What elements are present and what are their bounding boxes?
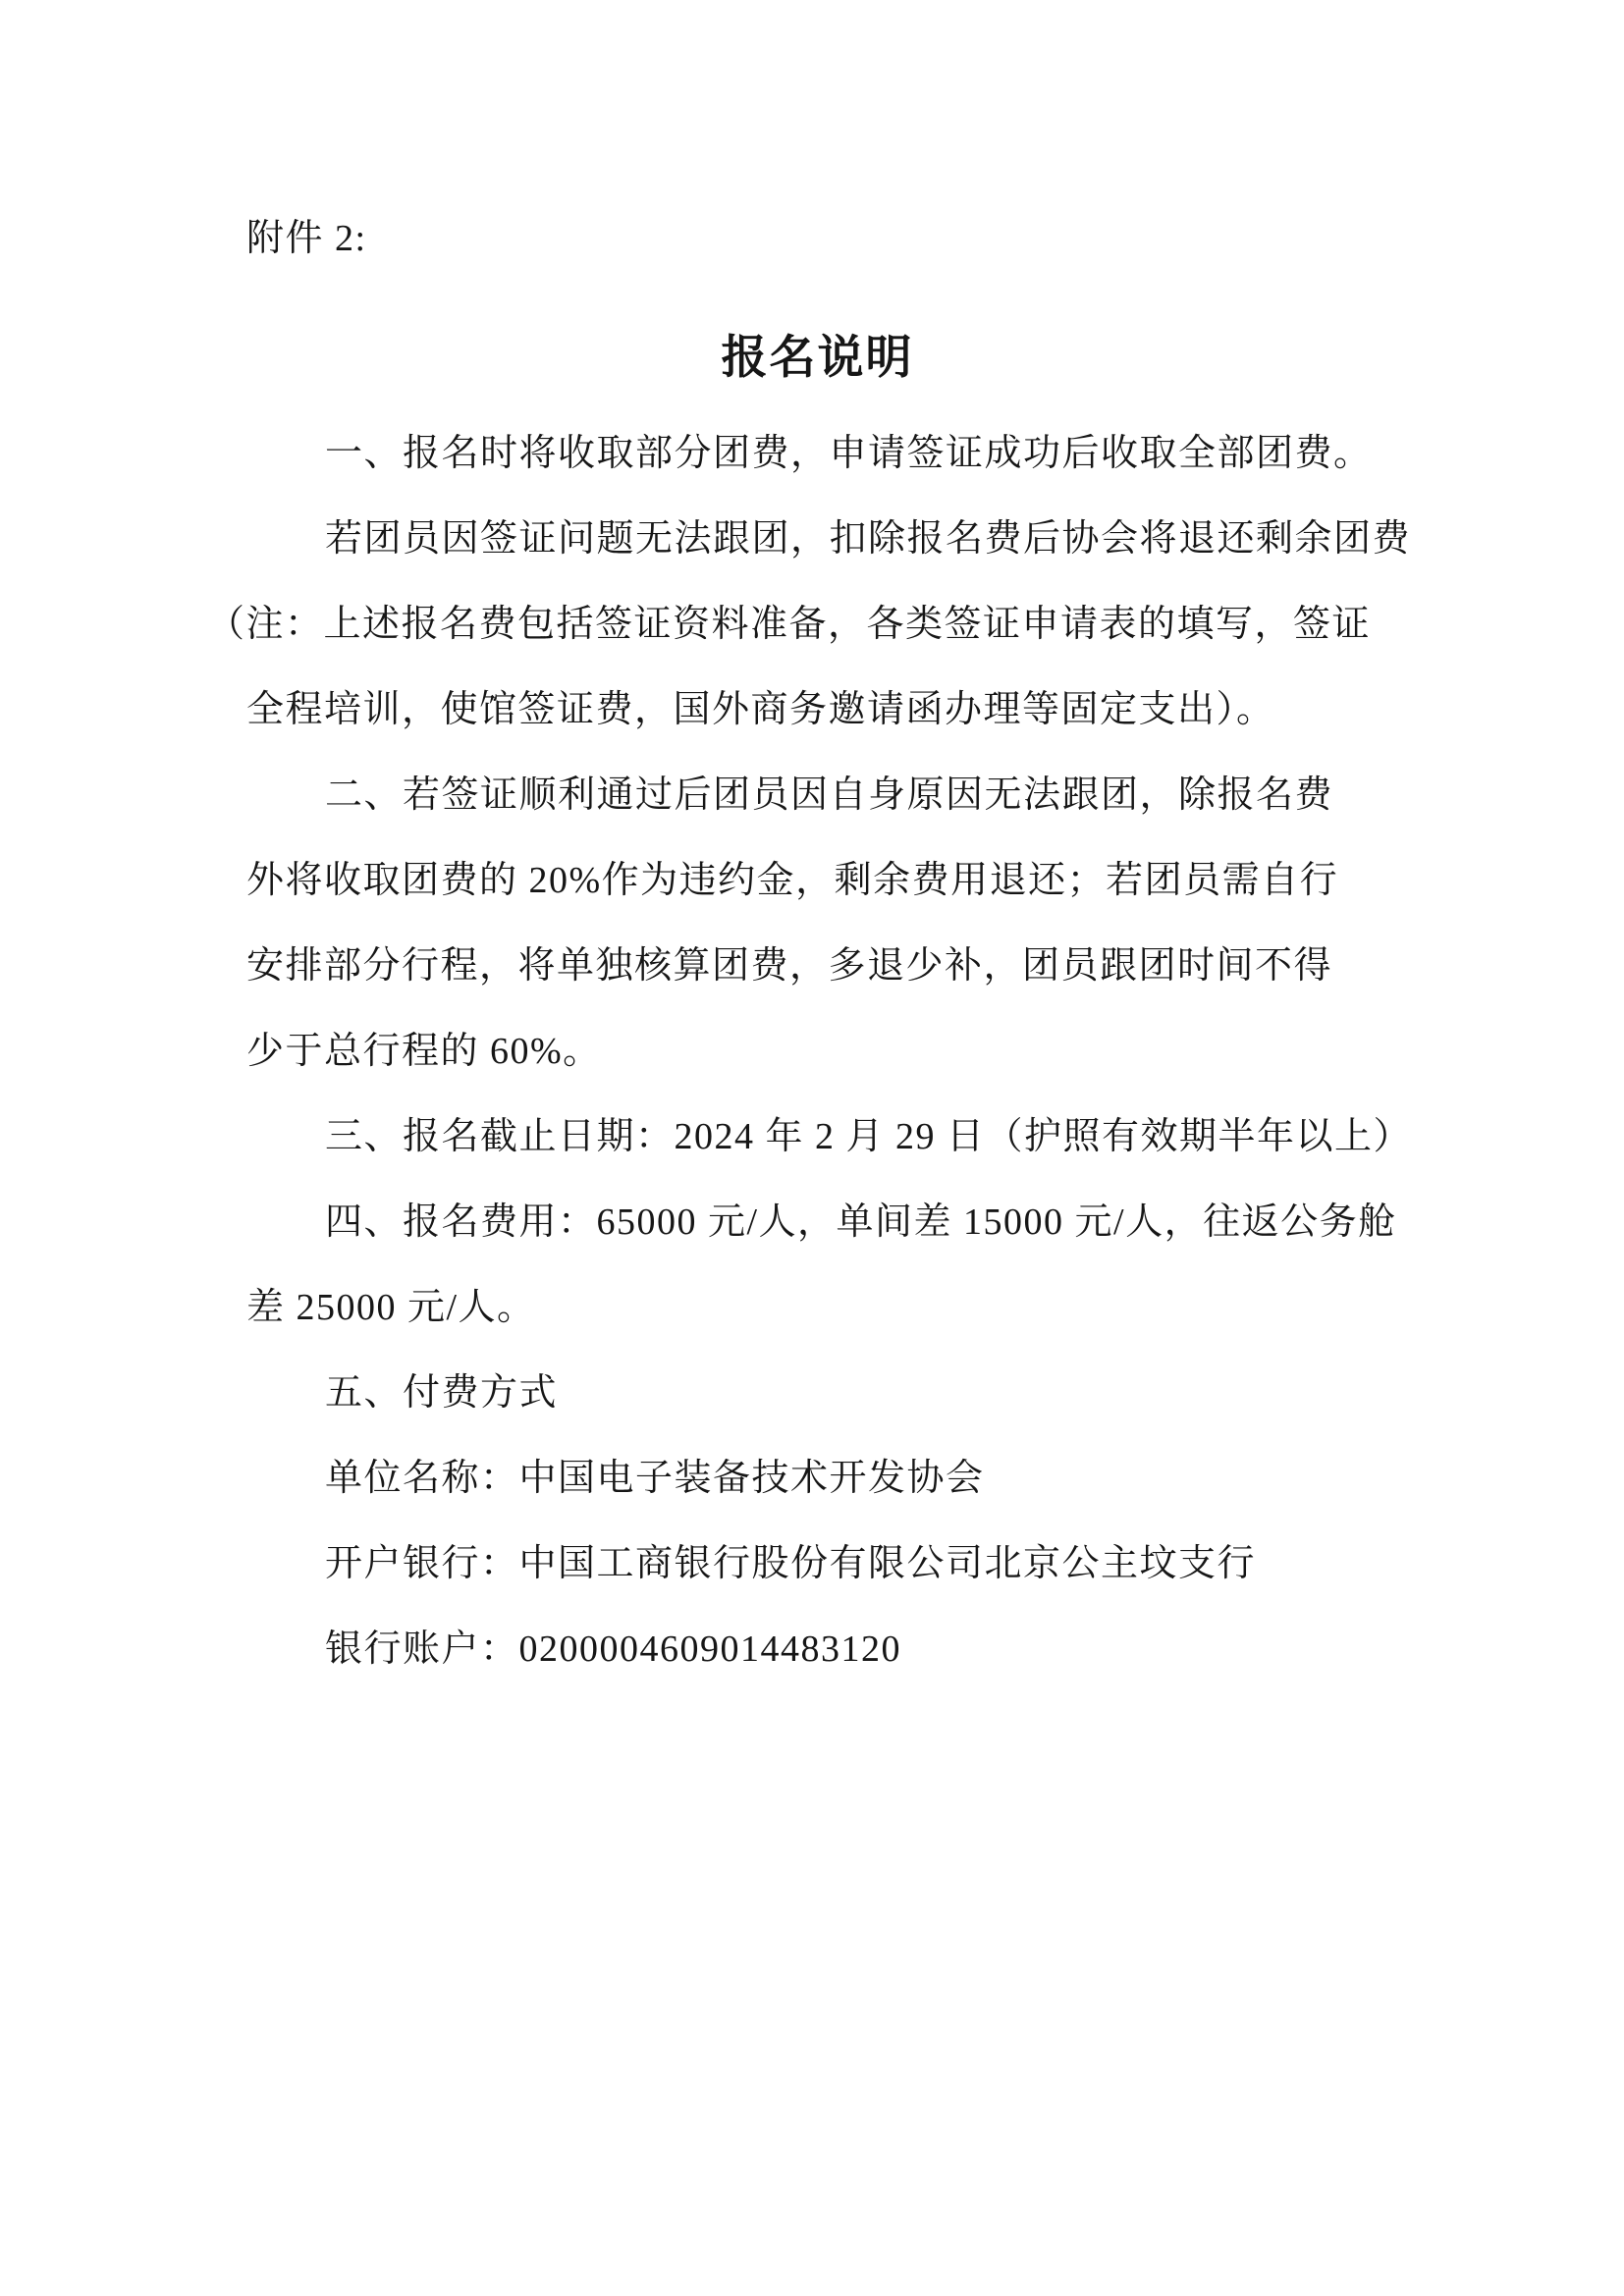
- text-line-4: 全程培训，使馆签证费，国外商务邀请函办理等固定支出）。: [246, 667, 1388, 753]
- document-content: 附件 2: 报名说明 一、报名时将收取部分团费，申请签证成功后收取全部团费。 若…: [246, 0, 1388, 1692]
- text-line-12: 五、付费方式: [246, 1351, 1388, 1436]
- text-line-3: （注：上述报名费包括签证资料准备，各类签证申请表的填写，签证: [246, 582, 1388, 667]
- page-title: 报名说明: [246, 316, 1388, 401]
- text-line-7: 安排部分行程，将单独核算团费，多退少补，团员跟团时间不得: [246, 924, 1388, 1009]
- text-line-9: 三、报名截止日期：2024 年 2 月 29 日（护照有效期半年以上）: [246, 1095, 1388, 1180]
- text-line-5: 二、若签证顺利通过后团员因自身原因无法跟团，除报名费: [246, 753, 1388, 838]
- text-line-15: 银行账户：0200004609014483120: [246, 1607, 1388, 1692]
- attachment-label: 附件 2:: [246, 196, 1388, 282]
- text-line-8: 少于总行程的 60%。: [246, 1009, 1388, 1095]
- text-line-1: 一、报名时将收取部分团费，申请签证成功后收取全部团费。: [246, 411, 1388, 497]
- text-line-6: 外将收取团费的 20%作为违约金，剩余费用退还；若团员需自行: [246, 838, 1388, 924]
- text-line-14: 开户银行：中国工商银行股份有限公司北京公主坟支行: [246, 1522, 1388, 1607]
- text-line-10: 四、报名费用：65000 元/人，单间差 15000 元/人，往返公务舱: [246, 1180, 1388, 1265]
- document-page: 附件 2: 报名说明 一、报名时将收取部分团费，申请签证成功后收取全部团费。 若…: [0, 0, 1624, 2296]
- text-line-13: 单位名称：中国电子装备技术开发协会: [246, 1436, 1388, 1522]
- text-line-11: 差 25000 元/人。: [246, 1265, 1388, 1351]
- document-body: 一、报名时将收取部分团费，申请签证成功后收取全部团费。 若团员因签证问题无法跟团…: [246, 411, 1388, 1692]
- text-line-2: 若团员因签证问题无法跟团，扣除报名费后协会将退还剩余团费: [246, 497, 1388, 582]
